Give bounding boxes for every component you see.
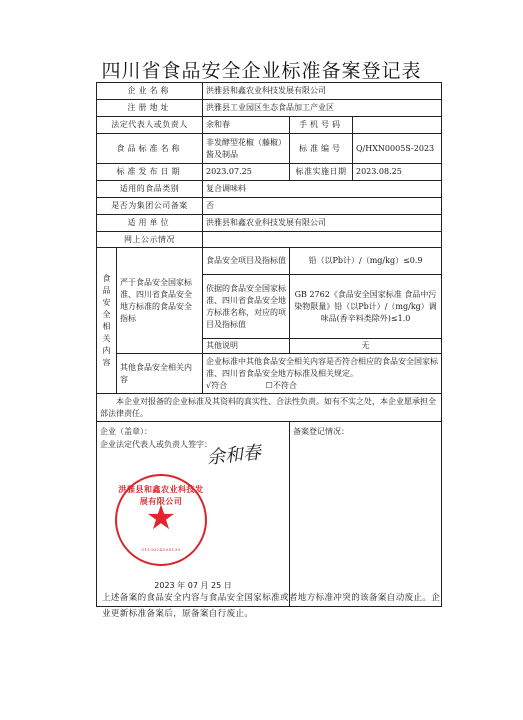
not-comply-checkbox[interactable]: ☐不符合	[266, 381, 297, 390]
standard-name-value: 非发酵型花椒（藤椒）酱及制品	[203, 134, 290, 164]
company-name-value: 洪雅县和鑫农业科技发展有限公司	[203, 83, 442, 100]
row-group-filing: 是否为集团公司备案 否	[97, 198, 442, 215]
group-filing-label: 是否为集团公司备案	[97, 198, 203, 215]
filing-cell: 备案登记情况：	[290, 422, 442, 607]
registration-table: 企业名称 洪雅县和鑫农业科技发展有限公司 注册地址 洪雅县工业园区生态食品加工产…	[96, 82, 442, 607]
row-applicable-unit: 适用单位 洪雅县和鑫农业科技发展有限公司	[97, 215, 442, 232]
impl-date-value: 2023.08.25	[353, 164, 442, 181]
legal-rep-value: 余和春	[203, 117, 290, 134]
row-declaration: 本企业对报备的企业标准及其资料的真实性、合法性负责。如有不实之处，本企业愿承担全…	[97, 394, 442, 422]
applicable-unit-label: 适用单位	[97, 215, 203, 232]
comply-checkbox[interactable]: √符合	[206, 381, 227, 390]
form-title: 四川省食品安全企业标准备案登记表	[0, 56, 523, 83]
row-standard-name: 食品标准名称 非发酵型花椒（藤椒）酱及制品 标准编号 Q/HXN0005S-20…	[97, 134, 442, 164]
legal-rep-label: 法定代表人或负责人	[97, 117, 203, 134]
seal-label: 企业（盖章）：	[100, 425, 286, 438]
row-food-category: 适用的食品类别 复合调味料	[97, 181, 442, 198]
release-date-label: 标准发布日期	[97, 164, 203, 181]
other-note-label: 其他说明	[203, 339, 290, 354]
standard-name-label: 食品标准名称	[97, 134, 203, 164]
phone-label: 手机号码	[290, 117, 353, 134]
standard-number-value: Q/HXN0005S-2023	[353, 134, 442, 164]
row-online-publicity: 网上公示情况	[97, 232, 442, 248]
food-category-value: 复合调味料	[203, 181, 442, 198]
registered-address-label: 注册地址	[97, 100, 203, 117]
row-other-content: 其他食品安全相关内容 企业标准中其他食品安全相关内容是否符合相应的食品安全国家标…	[97, 354, 442, 394]
other-content-cell: 企业标准中其他食品安全相关内容是否符合相应的食品安全国家标准、四川省食品安全地方…	[203, 354, 442, 394]
safety-basis-value: GB 2762《食品安全国家标准 食品中污染物限量》铅（以Pb计）/（mg/kg…	[290, 275, 442, 339]
group-filing-value: 否	[203, 198, 442, 215]
safety-item-value: 铅（以Pb计）/（mg/kg）≤0.9	[290, 248, 442, 275]
row-safety-item: 食品安全相关内容 严于食品安全国家标准、四川省食品安全地方标准的食品安全指标 食…	[97, 248, 442, 275]
standard-number-label: 标准编号	[290, 134, 353, 164]
row-legal-rep: 法定代表人或负责人 余和春 手机号码	[97, 117, 442, 134]
other-note-value: 无	[290, 339, 442, 354]
other-content-text: 企业标准中其他食品安全相关内容是否符合相应的食品安全国家标准、四川省食品安全地方…	[206, 357, 438, 378]
impl-date-label: 标准实施日期	[290, 164, 353, 181]
footer-note: 上述备案的食品安全内容与食品安全国家标准或者地方标准冲突的该备案自动废止。企业更…	[102, 590, 442, 622]
signature-cell: 企业（盖章）： 企业法定代表人或负责人签字： 余和春 洪雅县和鑫农业科技发展有限…	[97, 422, 290, 607]
stamp-code: 5113024500135	[117, 544, 205, 556]
registered-address-value: 洪雅县工业园区生态食品加工产业区	[203, 100, 442, 117]
declaration-text: 本企业对报备的企业标准及其资料的真实性、合法性负责。如有不实之处，本企业愿承担全…	[97, 394, 442, 422]
company-name-label: 企业名称	[97, 83, 203, 100]
online-publicity-value	[203, 232, 442, 248]
handwritten-signature: 余和春	[207, 447, 262, 465]
row-release-date: 标准发布日期 2023.07.25 标准实施日期 2023.08.25	[97, 164, 442, 181]
other-content-label: 其他食品安全相关内容	[117, 354, 203, 394]
online-publicity-label: 网上公示情况	[97, 232, 203, 248]
company-seal-stamp: 洪雅县和鑫农业科技发展有限公司 ★ 5113024500135	[115, 474, 207, 566]
phone-value	[353, 117, 442, 134]
applicable-unit-value: 洪雅县和鑫农业科技发展有限公司	[203, 215, 442, 232]
safety-basis-label: 依据的食品安全国家标准、四川省食品安全地方标准名称，对应的项目及指标值	[203, 275, 290, 339]
filing-label: 备案登记情况：	[293, 425, 438, 438]
stricter-indicator-label: 严于食品安全国家标准、四川省食品安全地方标准的食品安全指标	[117, 248, 203, 354]
star-icon: ★	[146, 501, 176, 535]
food-category-label: 适用的食品类别	[97, 181, 203, 198]
row-signature: 企业（盖章）： 企业法定代表人或负责人签字： 余和春 洪雅县和鑫农业科技发展有限…	[97, 422, 442, 607]
safety-item-label: 食品安全项目及指标值	[203, 248, 290, 275]
safety-section-label: 食品安全相关内容	[97, 248, 117, 394]
row-registered-address: 注册地址 洪雅县工业园区生态食品加工产业区	[97, 100, 442, 117]
row-company-name: 企业名称 洪雅县和鑫农业科技发展有限公司	[97, 83, 442, 100]
release-date-value: 2023.07.25	[203, 164, 290, 181]
